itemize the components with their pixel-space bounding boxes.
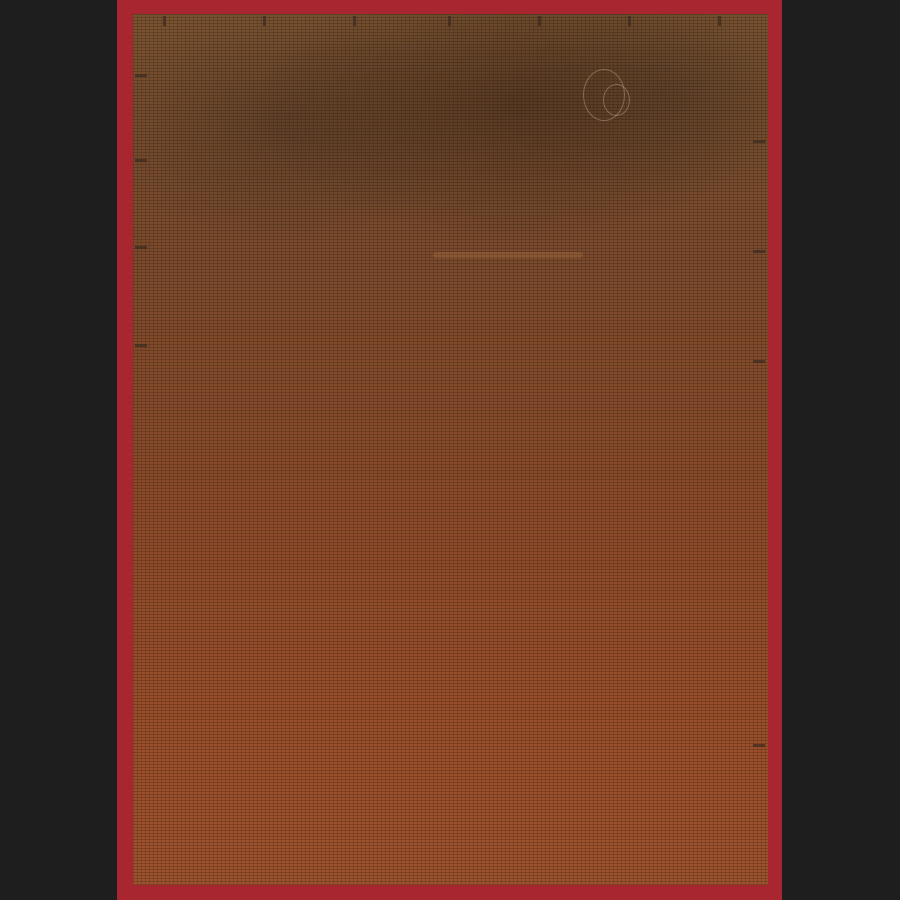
tack-mark: [163, 16, 166, 26]
tack-mark: [135, 344, 147, 347]
tack-mark: [448, 16, 451, 26]
tack-mark: [135, 246, 147, 249]
tack-mark: [135, 74, 147, 77]
hardboard-panel: [133, 14, 768, 885]
tack-mark: [753, 250, 765, 253]
tack-mark: [353, 16, 356, 26]
tack-mark: [753, 140, 765, 143]
light-streak: [433, 252, 583, 258]
tack-mark: [718, 16, 721, 26]
tack-mark: [135, 159, 147, 162]
panel-texture: [133, 14, 768, 885]
tack-mark: [263, 16, 266, 26]
tack-mark: [753, 744, 765, 747]
chalk-mark: [603, 84, 630, 116]
tack-mark: [538, 16, 541, 26]
tack-mark: [628, 16, 631, 26]
tack-mark: [753, 360, 765, 363]
